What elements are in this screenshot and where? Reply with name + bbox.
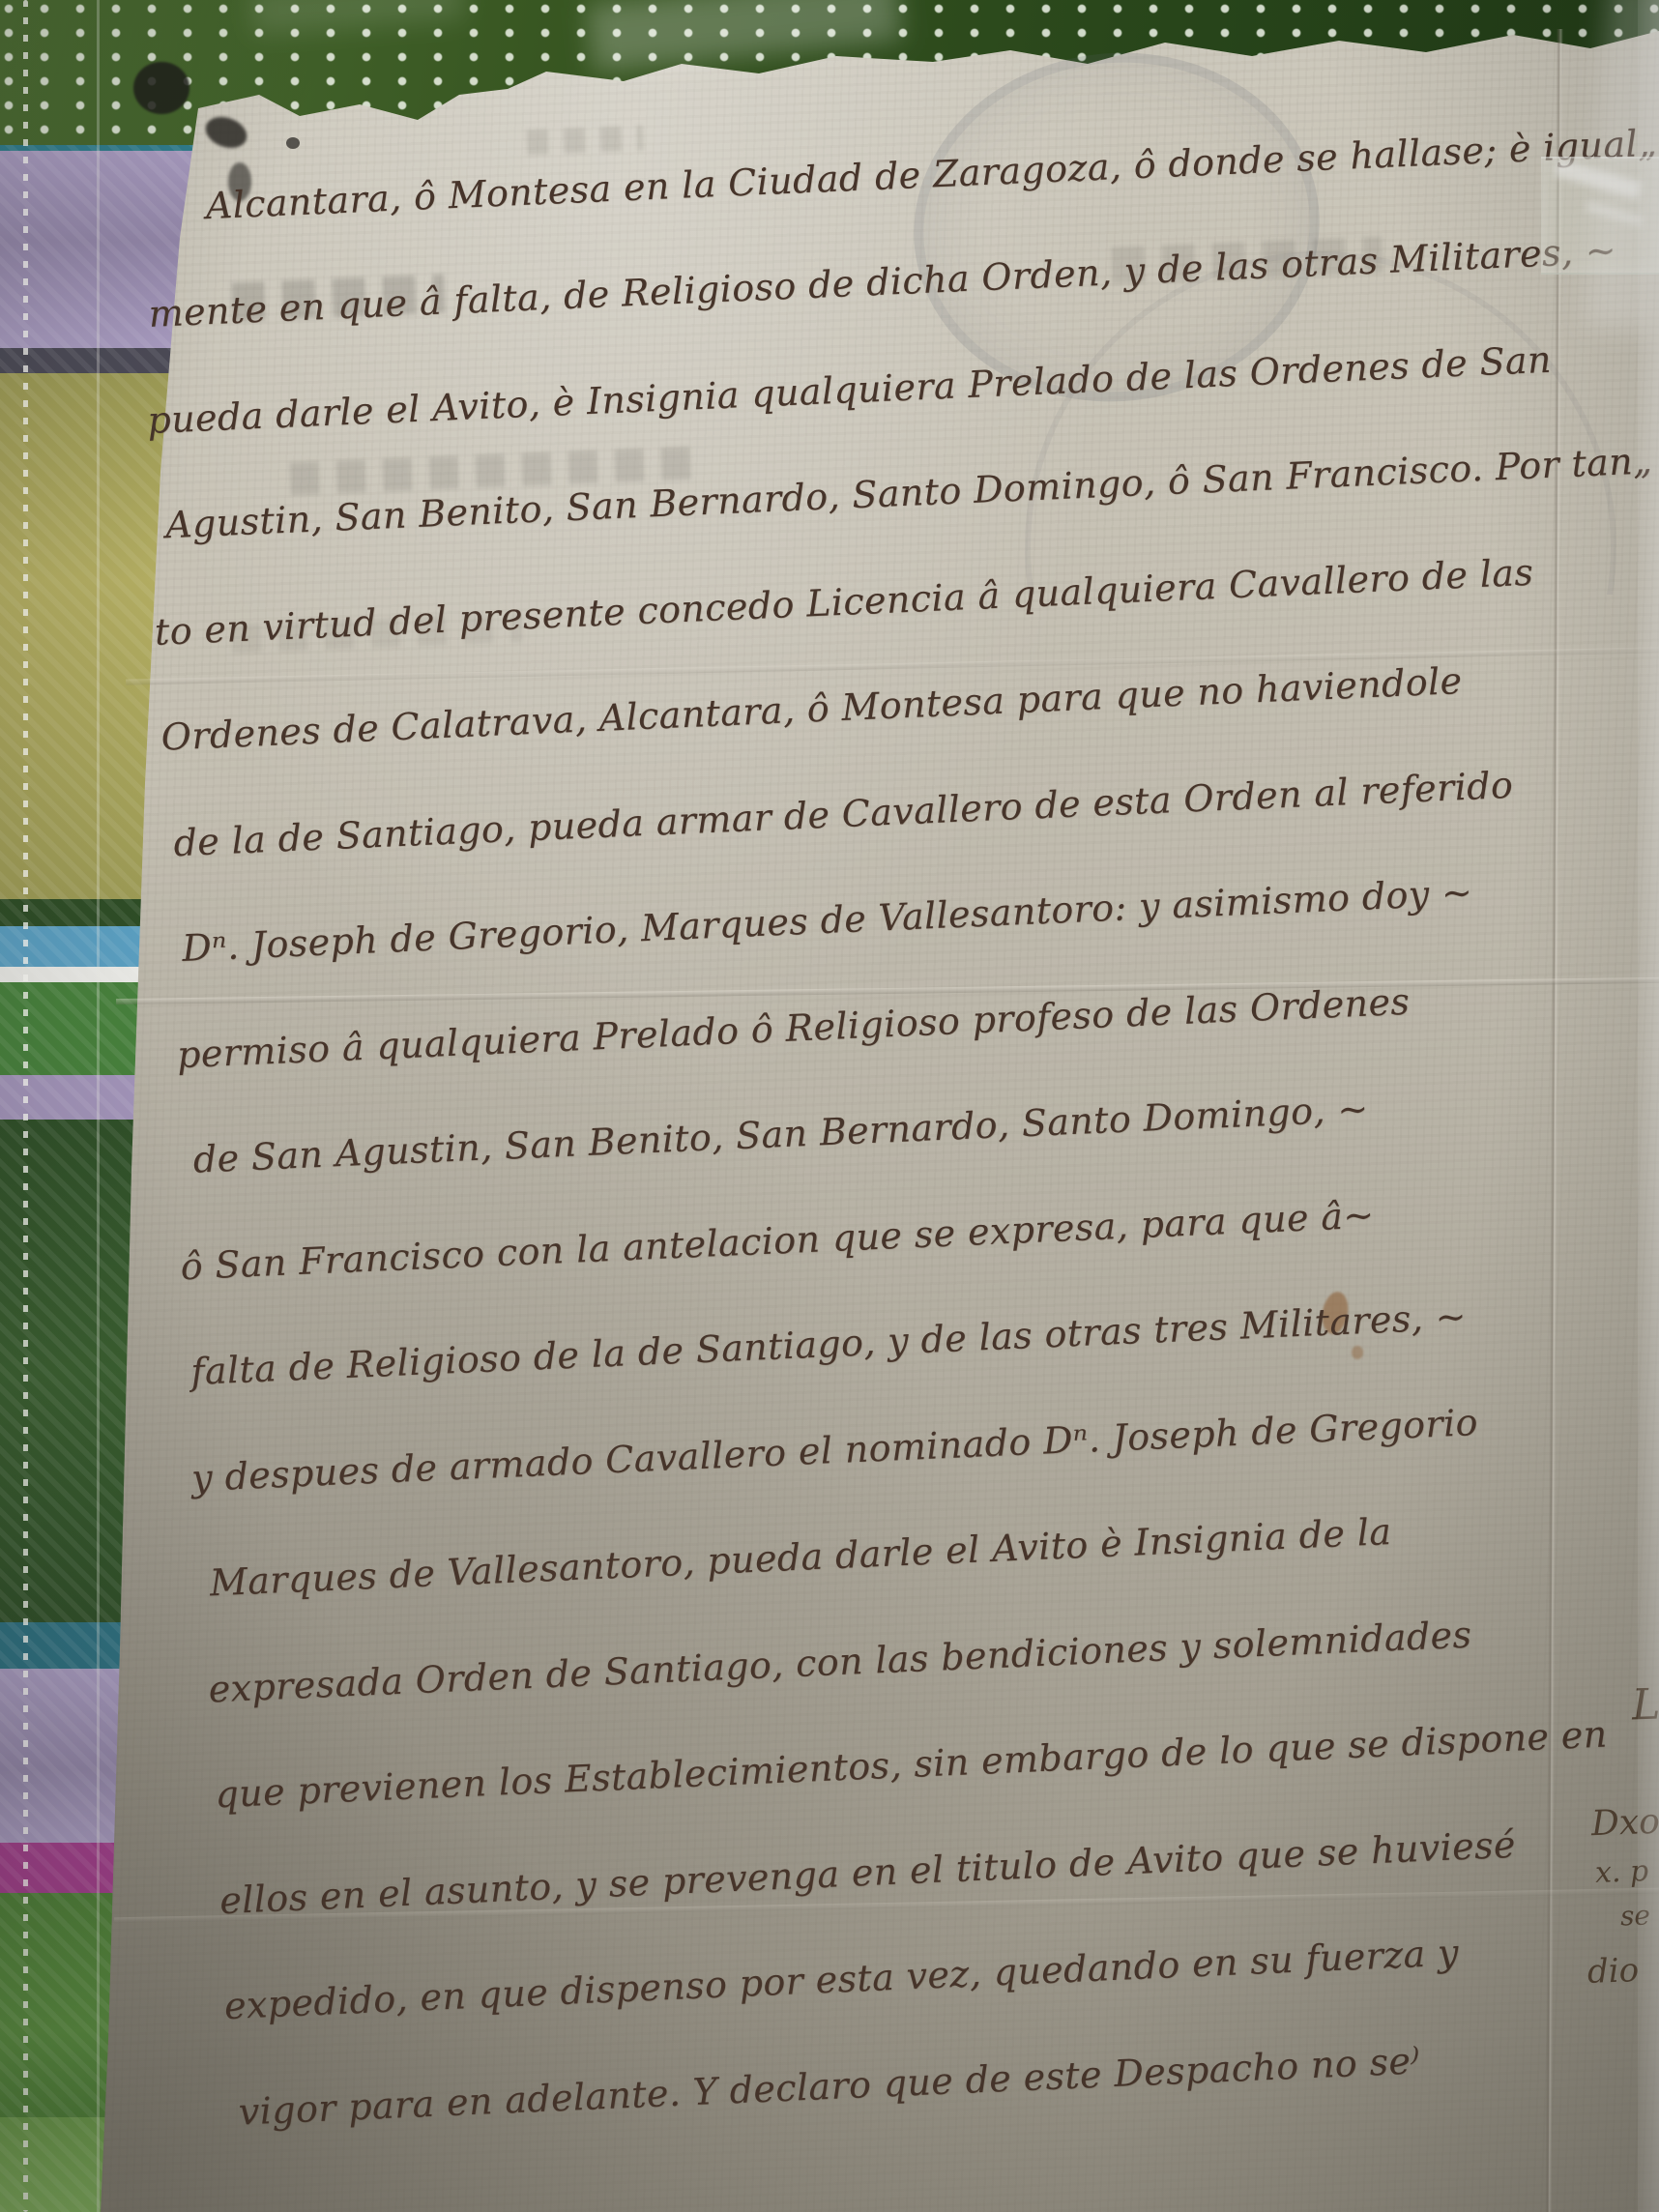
manuscript-line: falta de Religioso de la de Santiago, y … [190, 1296, 1468, 1392]
manuscript-line: ellos en el asunto, y se prevenga en el … [218, 1825, 1516, 1922]
manuscript-line: que previenen los Establecimientos, sin … [215, 1714, 1609, 1816]
manuscript-line: mente en que â falta, de Religioso de di… [148, 231, 1617, 335]
margin-note-fragment: dio [1586, 1954, 1639, 1989]
manuscript-line: to en virtud del presente concedo Licenc… [154, 553, 1534, 654]
manuscript-line: de la de Santiago, pueda armar de Cavall… [173, 766, 1514, 864]
manuscript-line: expresada Orden de Santiago, con las ben… [208, 1615, 1472, 1710]
manuscript-line: Ordenes de Calatrava, Alcantara, ô Monte… [160, 661, 1463, 759]
manuscript-photo: Alcantara, ô Montesa en la Ciudad de Zar… [0, 0, 1659, 2212]
manuscript-line: y despues de armado Cavallero el nominad… [190, 1403, 1478, 1499]
manuscript-line: de San Agustin, San Benito, San Bernardo… [192, 1090, 1369, 1181]
ink-speck [286, 137, 300, 149]
manuscript-line: expedido, en que dispenso por esta vez, … [223, 1933, 1460, 2027]
sleeve-edge-left [97, 0, 100, 2212]
manuscript-line: Dⁿ. Joseph de Gregorio, Marques de Valle… [181, 873, 1473, 970]
manuscript-text: Alcantara, ô Montesa en la Ciudad de Zar… [143, 126, 1659, 2140]
manuscript-line: pueda darle el Avito, è Insignia qualqui… [147, 340, 1553, 442]
manuscript-line: Agustin, San Benito, San Bernardo, Santo… [164, 441, 1653, 546]
manuscript-line: ô San Francisco con la antelacion que se… [180, 1195, 1376, 1288]
manuscript-line: permiso â qualquiera Prelado ô Religioso… [176, 982, 1411, 1076]
sleeve-edge-right [1638, 0, 1659, 2212]
stitch-seam [23, 0, 28, 2212]
show-through-print [527, 126, 644, 156]
ink-blot [133, 62, 189, 114]
manuscript-line: Marques de Vallesantoro, pueda darle el … [209, 1512, 1392, 1604]
